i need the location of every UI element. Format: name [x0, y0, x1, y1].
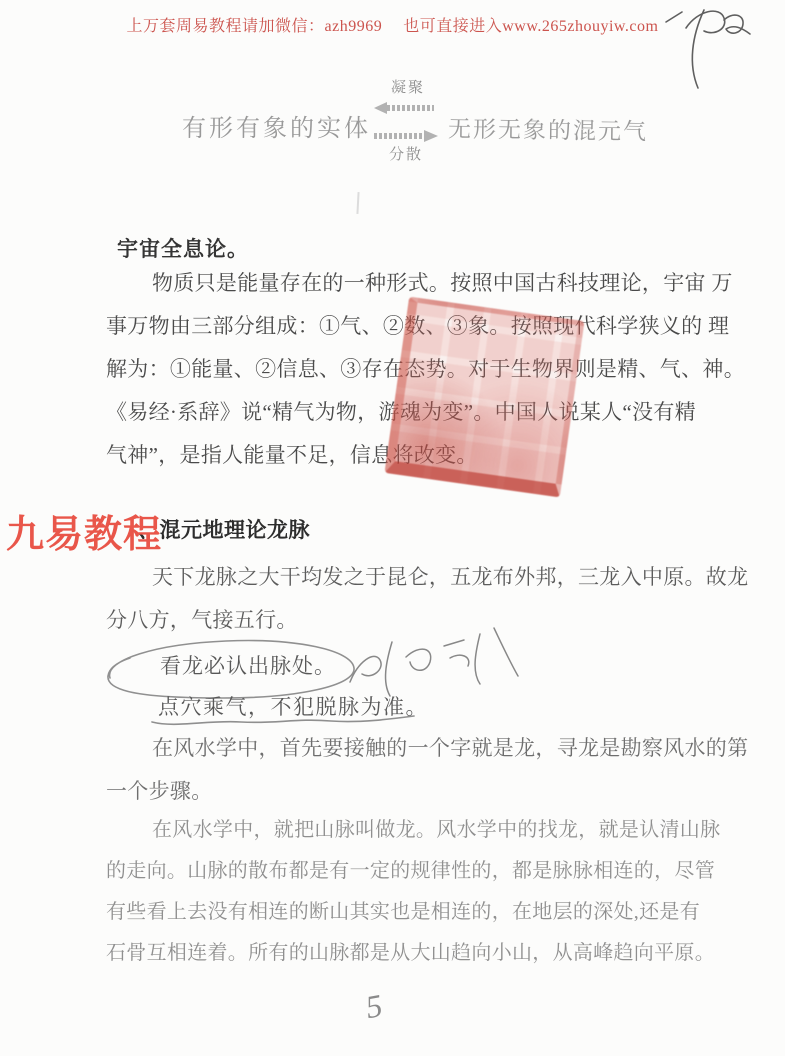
scan-smudge: [356, 192, 359, 214]
scanned-document-page: 上万套周易教程请加微信：azh9969 也可直接进入www.265zhouyiw…: [0, 0, 785, 1056]
text-line: 在风水学中，就把山脉叫做龙。风水学中的找龙，就是认清山脉: [106, 810, 721, 851]
paragraph-mountain-veins: 在风水学中，就把山脉叫做龙。风水学中的找龙，就是认清山脉 的走向。山脉的散布都是…: [106, 810, 721, 974]
text-line: 天下龙脉之大干均发之于昆仑，五龙布外邦，三龙入中原。故龙: [106, 556, 721, 599]
text-line: 石骨互相连着。所有的山脉都是从大山趋向小山，从高峰趋向平原。: [106, 933, 721, 974]
page-number: 5: [363, 987, 385, 1026]
arrow-left-icon: [374, 100, 436, 116]
handwritten-signature-mark: [658, 2, 782, 94]
section-title-dragon: 、混元地理论龙脉: [138, 514, 310, 544]
text-line: 的走向。山脉的散布都是有一定的规律性的，都是脉脉相连的，尽管: [106, 851, 721, 892]
circled-note-text: 看龙必认出脉处。: [160, 650, 336, 680]
arrow-right-icon: [372, 128, 438, 144]
condense-label: 凝聚: [391, 76, 425, 97]
red-seal-stamp: [384, 297, 584, 498]
text-line: 有些看上去没有相连的断山其实也是相连的，在地层的深处,还是有: [106, 892, 721, 933]
text-line: 在风水学中，首先要接触的一个字就是龙，寻龙是勘察风水的第: [106, 727, 721, 770]
diagram-right-label: 无形无象的混元气: [448, 111, 648, 147]
section-title-cosmos: 宇宙全息论。: [117, 233, 249, 263]
jiuyi-watermark: 九易教程: [6, 503, 162, 558]
text-line: 一个步骤。: [106, 770, 721, 813]
paragraph-fengshui-first: 在风水学中，首先要接触的一个字就是龙，寻龙是勘察风水的第 一个步骤。: [106, 727, 721, 813]
disperse-label: 分散: [389, 143, 423, 164]
diagram-left-label: 有形有象的实体: [182, 108, 371, 143]
